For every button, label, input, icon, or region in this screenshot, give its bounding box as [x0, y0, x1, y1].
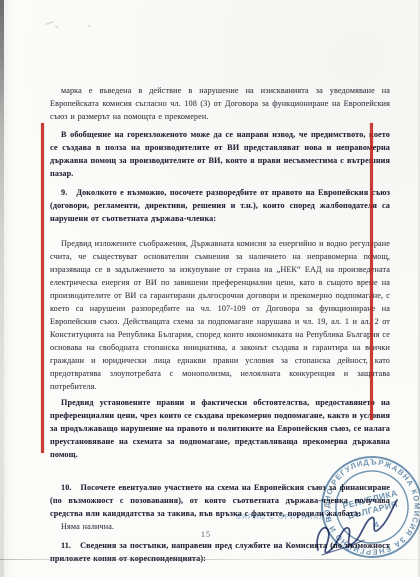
review-mark-right [370, 123, 373, 420]
signature [298, 478, 418, 568]
section-number: 10. [61, 483, 72, 492]
paragraph-summary-conclusion: В обобщение на гореизложеното може да се… [50, 128, 390, 180]
review-mark-left [41, 123, 44, 453]
section-number: 11. [61, 541, 71, 550]
page-number: 15 [0, 530, 412, 539]
paragraph-section-9: 9.Доколкото е възможно, посочете разпоре… [50, 186, 390, 225]
paragraph-legal-conclusion: Предвид установените правни и фактически… [50, 396, 390, 461]
paragraph-commission-opinion: Предвид изложените съображения, Държавна… [50, 237, 390, 393]
section-9-text: Доколкото е възможно, посочете разпоредб… [50, 188, 390, 223]
pencil-mark [88, 25, 91, 27]
pencil-mark [45, 21, 54, 25]
paragraph-notification-violation: марка е въведена в действие в нарушение … [50, 84, 390, 123]
scan-edge-left [0, 0, 4, 577]
scan-fold-line [0, 559, 420, 560]
pencil-mark [55, 25, 59, 28]
section-number: 9. [61, 188, 67, 197]
